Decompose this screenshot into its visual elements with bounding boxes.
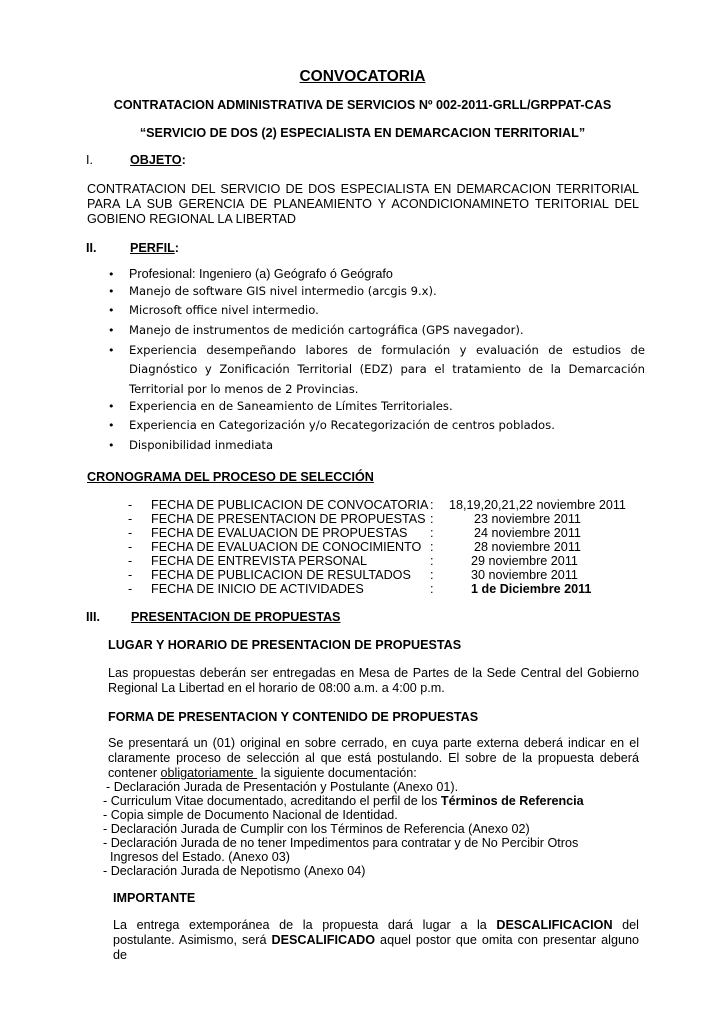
row-date: 28 noviembre 2011 xyxy=(474,540,581,554)
row-date: 29 noviembre 2011 xyxy=(471,554,578,568)
section-objeto-heading: OBJETO: xyxy=(130,153,186,167)
table-row: - FECHA DE EVALUACION DE PROPUESTAS : 24… xyxy=(128,526,648,540)
row-label: FECHA DE EVALUACION DE CONOCIMIENTO xyxy=(151,540,421,554)
bullet-icon: • xyxy=(108,417,115,434)
terminos-referencia-text: Términos de Referencia xyxy=(441,794,584,808)
row-date: 18,19,20,21,22 noviembre 2011 xyxy=(449,498,626,512)
table-row: - FECHA DE ENTREVISTA PERSONAL : 29 novi… xyxy=(128,554,648,568)
list-item: Ingresos del Estado. (Anexo 03) xyxy=(103,850,290,864)
row-label: FECHA DE PUBLICACION DE RESULTADOS xyxy=(151,568,411,582)
service-title: “SERVICIO DE DOS (2) ESPECIALISTA EN DEM… xyxy=(0,126,725,140)
row-date: 24 noviembre 2011 xyxy=(474,526,581,540)
lugar-line-1: Las propuestas deberán ser entregadas en… xyxy=(108,666,639,681)
row-colon: : xyxy=(430,498,434,512)
list-item: - Copia simple de Documento Nacional de … xyxy=(103,808,398,822)
obligatoriamente-text: obligatoriamente xyxy=(161,766,258,780)
section-presentacion-number: III. xyxy=(86,610,100,624)
row-dash: - xyxy=(128,498,132,512)
section-objeto-number: I. xyxy=(86,153,93,167)
bullet-icon: • xyxy=(108,437,115,454)
row-date: 30 noviembre 2011 xyxy=(471,568,578,582)
row-dash: - xyxy=(128,540,132,554)
forma-heading: FORMA DE PRESENTACION Y CONTENIDO DE PRO… xyxy=(108,710,478,724)
section-perfil-heading-text: PERFIL xyxy=(130,241,175,255)
row-label: FECHA DE PRESENTACION DE PROPUESTAS xyxy=(151,512,426,526)
forma-line-3-post: la siguiente documentación: xyxy=(257,766,417,780)
document-title: CONVOCATORIA xyxy=(0,68,725,86)
row-label: FECHA DE EVALUACION DE PROPUESTAS xyxy=(151,526,407,540)
descalificado-text: DESCALIFICADO xyxy=(272,933,376,947)
objeto-line-3: GOBIENO REGIONAL LA LIBERTAD xyxy=(87,212,296,227)
section-perfil-number: II. xyxy=(86,241,97,255)
row-colon: : xyxy=(430,512,434,526)
row-colon: : xyxy=(430,526,434,540)
lugar-line-2: Regional La Libertad en el horario de 08… xyxy=(108,681,445,696)
list-item: - Declaración Jurada de Presentación y P… xyxy=(106,780,458,794)
table-row: - FECHA DE PUBLICACION DE RESULTADOS : 3… xyxy=(128,568,648,582)
list-item: - Curriculum Vitae documentado, acredita… xyxy=(103,794,584,808)
table-row: - FECHA DE EVALUACION DE CONOCIMIENTO : … xyxy=(128,540,648,554)
forma-line-1: Se presentará un (01) original en sobre … xyxy=(108,736,639,751)
importante-line-2-pre: postulante. Asimismo, será xyxy=(113,933,272,947)
bullet-icon: • xyxy=(108,398,115,415)
row-dash: - xyxy=(128,512,132,526)
perfil-item-6: Experiencia en de Saneamiento de Límites… xyxy=(129,398,649,415)
row-colon: : xyxy=(430,554,434,568)
row-label: FECHA DE PUBLICACION DE CONVOCATORIA xyxy=(151,498,428,512)
importante-line-1: La entrega extemporánea de la propuesta … xyxy=(113,918,639,933)
bullet-icon: • xyxy=(108,302,115,319)
perfil-item-3: Microsoft office nivel intermedio. xyxy=(129,302,649,319)
section-perfil-heading: PERFIL: xyxy=(130,241,179,255)
section-presentacion-heading: PRESENTACION DE PROPUESTAS xyxy=(131,610,340,624)
section-objeto-heading-text: OBJETO xyxy=(130,153,182,167)
importante-line-2: postulante. Asimismo, será DESCALIFICADO… xyxy=(113,933,639,963)
row-colon: : xyxy=(430,540,434,554)
perfil-item-8: Disponibilidad inmediata xyxy=(129,437,649,454)
cronograma-heading: CRONOGRAMA DEL PROCESO DE SELECCIÓN xyxy=(87,470,374,484)
row-dash: - xyxy=(128,526,132,540)
row-dash: - xyxy=(128,582,132,596)
row-dash: - xyxy=(128,568,132,582)
perfil-item-5: Experiencia desempeñando labores de form… xyxy=(129,341,645,399)
row-colon: : xyxy=(430,568,434,582)
perfil-item-4: Manejo de instrumentos de medición carto… xyxy=(129,322,649,339)
lugar-heading: LUGAR Y HORARIO DE PRESENTACION DE PROPU… xyxy=(108,638,461,652)
bullet-icon: • xyxy=(108,283,115,300)
list-item: - Declaración Jurada de Nepotismo (Anexo… xyxy=(103,864,366,878)
forma-line-3-pre: contener xyxy=(108,766,161,780)
objeto-line-1: CONTRATACION DEL SERVICIO DE DOS ESPECIA… xyxy=(87,182,639,197)
bullet-icon: • xyxy=(108,341,115,360)
perfil-item-7: Experiencia en Categorización y/o Recate… xyxy=(129,417,649,434)
row-colon: : xyxy=(430,582,434,596)
section-objeto-colon: : xyxy=(182,153,186,167)
row-date: 23 noviembre 2011 xyxy=(474,512,581,526)
row-date: 1 de Diciembre 2011 xyxy=(471,582,591,596)
perfil-item-1: Profesional: Ingeniero (a) Geógrafo ó Ge… xyxy=(129,266,649,283)
list-item: - Declaración Jurada de no tener Impedim… xyxy=(103,836,578,850)
row-dash: - xyxy=(128,554,132,568)
table-row: - FECHA DE PRESENTACION DE PROPUESTAS : … xyxy=(128,512,648,526)
forma-line-3: contener obligatoriamente la siguiente d… xyxy=(108,766,417,780)
doc-text: - Curriculum Vitae documentado, acredita… xyxy=(103,794,441,808)
bullet-icon: • xyxy=(108,266,115,283)
descalificacion-text: DESCALIFICACION xyxy=(496,918,612,932)
document-subtitle: CONTRATACION ADMINISTRATIVA DE SERVICIOS… xyxy=(0,98,725,112)
table-row: - FECHA DE INICIO DE ACTIVIDADES : 1 de … xyxy=(128,582,648,596)
row-label: FECHA DE INICIO DE ACTIVIDADES xyxy=(151,582,364,596)
list-item: - Declaración Jurada de Cumplir con los … xyxy=(103,822,530,836)
perfil-item-2: Manejo de software GIS nivel intermedio … xyxy=(129,283,649,300)
table-row: - FECHA DE PUBLICACION DE CONVOCATORIA :… xyxy=(128,498,648,512)
objeto-line-2: PARA LA SUB GERENCIA DE PLANEAMIENTO Y A… xyxy=(87,197,639,212)
importante-heading: IMPORTANTE xyxy=(113,891,195,905)
section-perfil-colon: : xyxy=(175,241,179,255)
forma-line-2: claramente proceso de selección al que e… xyxy=(108,751,639,766)
importante-line-1-pre: La entrega extemporánea de la propuesta … xyxy=(113,918,496,932)
bullet-icon: • xyxy=(108,322,115,339)
row-label: FECHA DE ENTREVISTA PERSONAL xyxy=(151,554,367,568)
importante-line-1-post: del xyxy=(613,918,639,932)
